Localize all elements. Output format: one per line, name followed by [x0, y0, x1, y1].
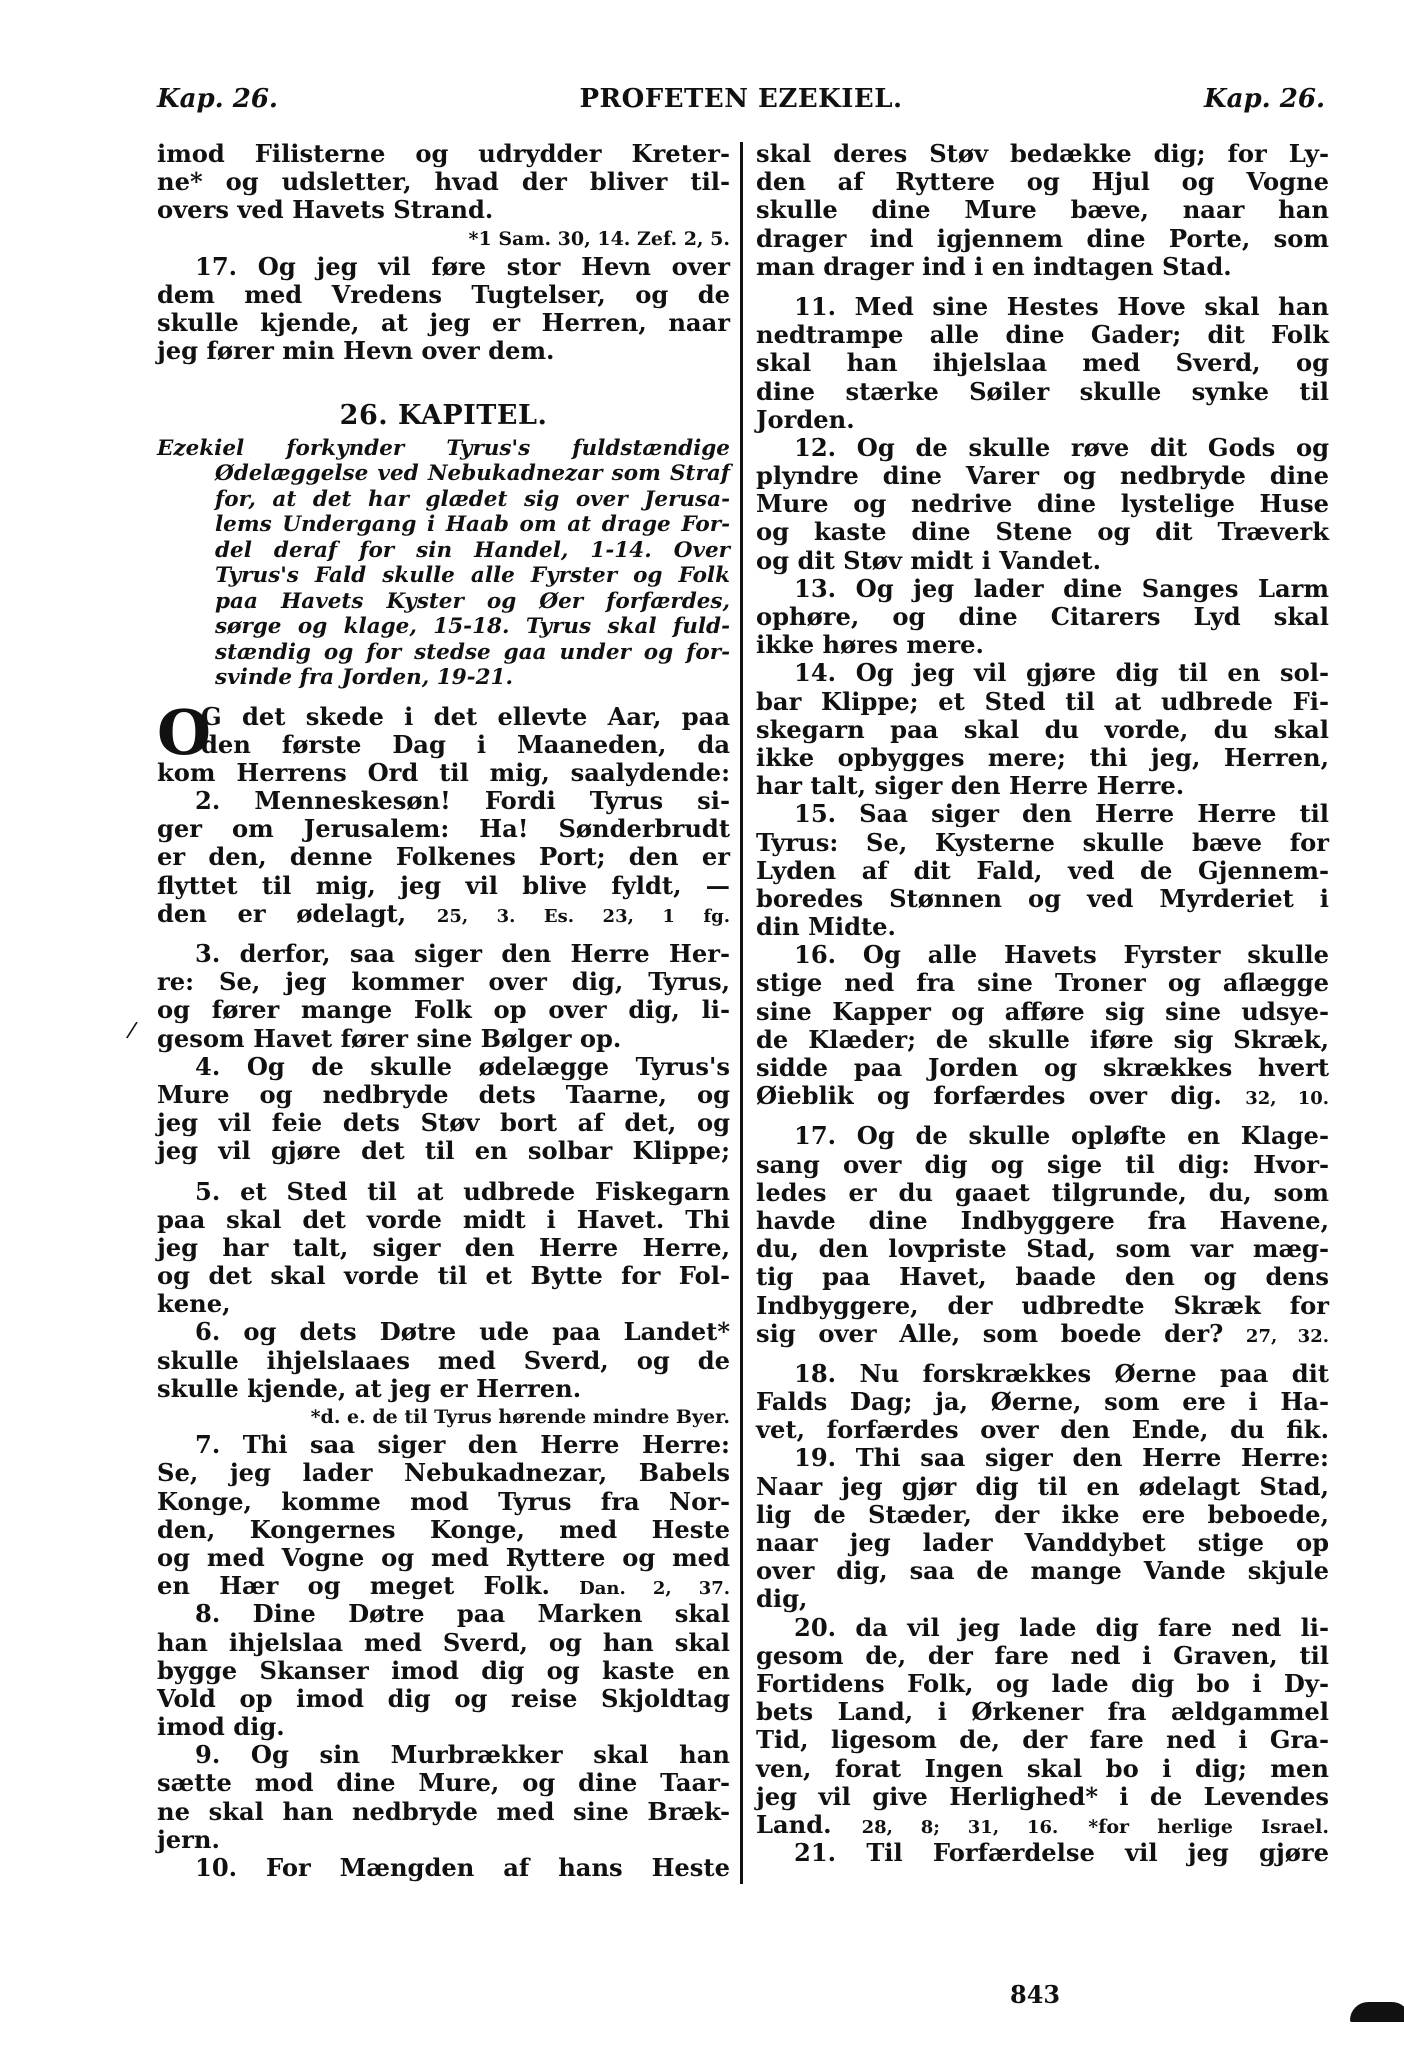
text-line: 6. og dets Døtre ude paa Landet* [157, 1318, 730, 1346]
verse-12: 12. Og de skulle røve dit Gods og plyndr… [756, 434, 1329, 575]
text-line: 12. Og de skulle røve dit Gods og [756, 434, 1329, 462]
text-line: 20. da vil jeg lade dig fare ned li- [756, 1614, 1329, 1642]
verse-21: 21. Til Forfærdelse vil jeg gjøre [756, 1839, 1329, 1867]
cross-reference: 25, 3. Es. 23, 1 fg. [437, 906, 730, 927]
text-line: ledes er du gaaet tilgrunde, du, som [756, 1179, 1329, 1207]
left-column: imod Filisterne og udrydder Kreter- ne* … [157, 140, 730, 1882]
verse-6: 6. og dets Døtre ude paa Landet* skulle … [157, 1318, 730, 1431]
text-line: Jorden. [756, 406, 1329, 434]
text-line: jeg vil give Herlighed* i de Levendes [756, 1783, 1329, 1811]
summary-line: for, at det har glædet sig over Jerusa- [157, 487, 730, 513]
text-line: jeg fører min Hevn over dem. [157, 337, 730, 365]
verse-15: 15. Saa siger den Herre Herre til Tyrus:… [756, 800, 1329, 941]
verse-5: 5. et Sted til at udbrede Fiskegarn paa … [157, 1178, 730, 1319]
text-line: Konge, komme mod Tyrus fra Nor- [157, 1488, 730, 1516]
text-line: din Midte. [756, 913, 1329, 941]
verse-13: 13. Og jeg lader dine Sanges Larm ophøre… [756, 575, 1329, 660]
text-line: sine Kapper og afføre sig sine udsye- [756, 998, 1329, 1026]
text-line: 18. Nu forskrækkes Øerne paa dit [756, 1360, 1329, 1388]
text-fragment: den er ødelagt, [157, 899, 406, 928]
text-line: Mure og nedbryde dets Taarne, og [157, 1081, 730, 1109]
text-line: man drager ind i en indtagen Stad. [756, 253, 1329, 281]
text-line: lig de Stæder, der ikke ere beboede, [756, 1501, 1329, 1529]
margin-mark: / [125, 1017, 139, 1043]
text-fragment: Øieblik og forfærdes over dig. [756, 1081, 1222, 1110]
text-line: sang over dig og sige til dig: Hvor- [756, 1151, 1329, 1179]
text-line-with-ref: en Hær og meget Folk. Dan. 2, 37. [157, 1572, 730, 1600]
chapter-summary: Ezekiel forkynder Tyrus's fuldstændige Ø… [157, 436, 730, 691]
text-line: og dit Støv midt i Vandet. [756, 547, 1329, 575]
text-line: havde dine Indbyggere fra Havene, [756, 1207, 1329, 1235]
text-line: ikke høres mere. [756, 631, 1329, 659]
right-column: skal deres Støv bedække dig; for Ly- den… [756, 140, 1329, 1867]
text-line: jeg har talt, siger den Herre Herre, [157, 1234, 730, 1262]
text-line: er den, denne Folkenes Port; den er [157, 843, 730, 871]
bible-page: Kap. 26. PROFETEN EZEKIEL. Kap. 26. / im… [0, 0, 1404, 2048]
text-line: 21. Til Forfærdelse vil jeg gjøre [756, 1839, 1329, 1867]
column-divider [740, 142, 743, 1884]
text-line: gesom Havet fører sine Bølger op. [157, 1025, 730, 1053]
text-line: Fortidens Folk, og lade dig bo i Dy- [756, 1670, 1329, 1698]
header-chapter-right: Kap. 26. [1204, 84, 1325, 114]
verse-1: O G det skede i det ellevte Aar, paa den… [157, 703, 730, 788]
text-line-with-ref: sig over Alle, som boede der? 27, 32. [756, 1320, 1329, 1348]
text-line: skulle dine Mure bæve, naar han [756, 196, 1329, 224]
text-line: ophøre, og dine Citarers Lyd skal [756, 603, 1329, 631]
text-line: overs ved Havets Strand. [157, 196, 730, 224]
text-line: 4. Og de skulle ødelægge Tyrus's [157, 1053, 730, 1081]
text-line: bets Land, i Ørkener fra ældgammel [756, 1698, 1329, 1726]
text-line: flyttet til mig, jeg vil blive fyldt, — [157, 872, 730, 900]
text-line: boredes Stønnen og ved Myrderiet i [756, 885, 1329, 913]
text-line: Falds Dag; ja, Øerne, som ere i Ha- [756, 1388, 1329, 1416]
text-line: 10. For Mængden af hans Heste [157, 1854, 730, 1882]
text-line: 11. Med sine Hestes Hove skal han [756, 293, 1329, 321]
text-line: 13. Og jeg lader dine Sanges Larm [756, 575, 1329, 603]
running-header: Kap. 26. PROFETEN EZEKIEL. Kap. 26. [157, 84, 1325, 124]
text-line: 7. Thi saa siger den Herre Herre: [157, 1431, 730, 1459]
text-line: naar jeg lader Vanddybet stige op [756, 1529, 1329, 1557]
text-fragment: sig over Alle, som boede der? [756, 1319, 1223, 1348]
text-line-with-ref: den er ødelagt, 25, 3. Es. 23, 1 fg. [157, 900, 730, 928]
verse-16: 16. Og alle Havets Fyrster skulle stige … [756, 941, 1329, 1110]
text-line: bar Klippe; et Sted til at udbrede Fi- [756, 688, 1329, 716]
text-line-with-ref: Øieblik og forfærdes over dig. 32, 10. [756, 1082, 1329, 1110]
text-line: den af Ryttere og Hjul og Vogne [756, 168, 1329, 196]
text-line: imod Filisterne og udrydder Kreter- [157, 140, 730, 168]
summary-line: Ezekiel forkynder Tyrus's fuldstændige [157, 436, 730, 462]
text-line: tig paa Havet, baade den og dens [756, 1263, 1329, 1291]
text-line: den første Dag i Maaneden, da [157, 731, 730, 759]
text-line: har talt, siger den Herre Herre. [756, 772, 1329, 800]
text-line: Indbyggere, der udbredte Skræk for [756, 1292, 1329, 1320]
text-line: bygge Skanser imod dig og kaste en [157, 1657, 730, 1685]
text-line: 8. Dine Døtre paa Marken skal [157, 1600, 730, 1628]
text-line: 9. Og sin Murbrækker skal han [157, 1741, 730, 1769]
text-line: 3. derfor, saa siger den Herre Her- [157, 940, 730, 968]
scan-artifact [1350, 2002, 1404, 2022]
text-line: vet, forfærdes over den Ende, du fik. [756, 1416, 1329, 1444]
text-line: nedtrampe alle dine Gader; dit Folk [756, 321, 1329, 349]
text-line: Tyrus: Se, Kysterne skulle bæve for [756, 829, 1329, 857]
verse-7: 7. Thi saa siger den Herre Herre: Se, je… [157, 1431, 730, 1600]
verse-10: 10. For Mængden af hans Heste [157, 1854, 730, 1882]
text-line: ne* og udsletter, hvad der bliver til- [157, 168, 730, 196]
text-line: og det skal vorde til et Bytte for Fol- [157, 1262, 730, 1290]
text-line: G det skede i det ellevte Aar, paa [157, 703, 730, 731]
verse-19: 19. Thi saa siger den Herre Herre: Naar … [756, 1444, 1329, 1613]
text-line: drager ind igjennem dine Porte, som [756, 225, 1329, 253]
verse-2: 2. Menneskesøn! Fordi Tyrus si- ger om J… [157, 787, 730, 928]
verse-20: 20. da vil jeg lade dig fare ned li- ges… [756, 1614, 1329, 1840]
cross-reference: 27, 32. [1246, 1326, 1329, 1347]
verse-9: 9. Og sin Murbrækker skal han sætte mod … [157, 1741, 730, 1854]
text-line: 5. et Sted til at udbrede Fiskegarn [157, 1178, 730, 1206]
text-line: dine stærke Søiler skulle synke til [756, 378, 1329, 406]
text-fragment: Land. [756, 1810, 832, 1839]
text-line: jeg vil gjøre det til en solbar Klippe; [157, 1137, 730, 1165]
verse-3: 3. derfor, saa siger den Herre Her- re: … [157, 940, 730, 1053]
chapter-title: 26. KAPITEL. [157, 396, 730, 436]
summary-line: Ødelæggelse ved Nebukadnezar som Straf [157, 461, 730, 487]
text-line: 16. Og alle Havets Fyrster skulle [756, 941, 1329, 969]
footnote: *for herlige Israel. [1088, 1816, 1329, 1838]
verse-4: 4. Og de skulle ødelægge Tyrus's Mure og… [157, 1053, 730, 1166]
text-line: han ihjelslaa med Sverd, og han skal [157, 1629, 730, 1657]
text-line: paa skal det vorde midt i Havet. Thi [157, 1206, 730, 1234]
summary-line: paa Havets Kyster og Øer forfærdes, [157, 589, 730, 615]
text-line: ikke opbygges mere; thi jeg, Herren, [756, 744, 1329, 772]
text-line: over dig, saa de mange Vande skjule [756, 1557, 1329, 1585]
text-line: re: Se, jeg kommer over dig, Tyrus, [157, 968, 730, 996]
summary-line: del deraf for sin Handel, 1-14. Over [157, 538, 730, 564]
text-line: skulle kjende, at jeg er Herren, naar [157, 309, 730, 337]
verse-11: 11. Med sine Hestes Hove skal han nedtra… [756, 293, 1329, 434]
text-line: de Klæder; de skulle iføre sig Skræk, [756, 1026, 1329, 1054]
cross-reference: Dan. 2, 37. [579, 1578, 730, 1599]
text-line: ne skal han nedbryde med sine Bræk- [157, 1798, 730, 1826]
text-line: Mure og nedrive dine lystelige Huse [756, 490, 1329, 518]
text-line: jeg vil feie dets Støv bort af det, og [157, 1109, 730, 1137]
summary-line: sørge og klage, 15-18. Tyrus skal fuld- [157, 614, 730, 640]
text-line: 19. Thi saa siger den Herre Herre: [756, 1444, 1329, 1472]
verse-8: 8. Dine Døtre paa Marken skal han ihjels… [157, 1600, 730, 1741]
cross-reference: 28, 8; 31, 16. [862, 1817, 1059, 1838]
footnote: *1 Sam. 30, 14. Zef. 2, 5. [157, 225, 730, 253]
text-line: imod dig. [157, 1713, 730, 1741]
text-line: skegarn paa skal du vorde, du skal [756, 716, 1329, 744]
text-line: og med Vogne og med Ryttere og med [157, 1544, 730, 1572]
text-line: 14. Og jeg vil gjøre dig til en sol- [756, 659, 1329, 687]
text-line: sætte mod dine Mure, og dine Taar- [157, 1769, 730, 1797]
text-line: og fører mange Folk op over dig, li- [157, 996, 730, 1024]
page-number: 843 [1010, 1980, 1060, 2009]
text-line: skal han ihjelslaa med Sverd, og [756, 349, 1329, 377]
text-line: sidde paa Jorden og skrækkes hvert [756, 1054, 1329, 1082]
text-line: 2. Menneskesøn! Fordi Tyrus si- [157, 787, 730, 815]
text-line: Vold op imod dig og reise Skjoldtag [157, 1685, 730, 1713]
cross-reference: 32, 10. [1245, 1088, 1329, 1109]
verse-17: 17. Og jeg vil føre stor Hevn over dem m… [157, 253, 730, 366]
text-line: kene, [157, 1290, 730, 1318]
text-line: den, Kongernes Konge, med Heste [157, 1516, 730, 1544]
text-line: ger om Jerusalem: Ha! Sønderbrudt [157, 815, 730, 843]
verse-10-continuation: skal deres Støv bedække dig; for Ly- den… [756, 140, 1329, 281]
text-line: dem med Vredens Tugtelser, og de [157, 281, 730, 309]
text-line: 17. Og jeg vil føre stor Hevn over [157, 253, 730, 281]
text-line: ven, forat Ingen skal bo i dig; men [756, 1755, 1329, 1783]
text-line-with-ref: Land. 28, 8; 31, 16. *for herlige Israel… [756, 1811, 1329, 1839]
text-line: plyndre dine Varer og nedbryde dine [756, 462, 1329, 490]
verse-17: 17. Og de skulle opløfte en Klage- sang … [756, 1122, 1329, 1348]
text-line: og kaste dine Stene og dit Træverk [756, 518, 1329, 546]
text-fragment: en Hær og meget Folk. [157, 1571, 550, 1600]
text-line: jern. [157, 1826, 730, 1854]
text-line: 17. Og de skulle opløfte en Klage- [756, 1122, 1329, 1150]
text-line: Naar jeg gjør dig til en ødelagt Stad, [756, 1473, 1329, 1501]
text-line: skulle kjende, at jeg er Herren. [157, 1375, 730, 1403]
text-line: 15. Saa siger den Herre Herre til [756, 800, 1329, 828]
text-line: Se, jeg lader Nebukadnezar, Babels [157, 1459, 730, 1487]
text-line: du, den lovpriste Stad, som var mæg- [756, 1235, 1329, 1263]
text-line: gesom de, der fare ned i Graven, til [756, 1642, 1329, 1670]
text-line: stige ned fra sine Troner og aflægge [756, 969, 1329, 997]
summary-line: lems Undergang i Haab om at drage For- [157, 512, 730, 538]
verse-14: 14. Og jeg vil gjøre dig til en sol- bar… [756, 659, 1329, 800]
text-line: skal deres Støv bedække dig; for Ly- [756, 140, 1329, 168]
verse-18: 18. Nu forskrækkes Øerne paa dit Falds D… [756, 1360, 1329, 1445]
summary-line: svinde fra Jorden, 19-21. [157, 665, 730, 691]
text-line: Tid, ligesom de, der fare ned i Gra- [756, 1726, 1329, 1754]
header-book-title: PROFETEN EZEKIEL. [157, 84, 1325, 114]
verse-16-continuation: imod Filisterne og udrydder Kreter- ne* … [157, 140, 730, 253]
text-line: kom Herrens Ord til mig, saalydende: [157, 759, 730, 787]
footnote: *d. e. de til Tyrus hørende mindre Byer. [157, 1403, 730, 1431]
text-line: dig, [756, 1585, 1329, 1613]
text-line: skulle ihjelslaaes med Sverd, og de [157, 1347, 730, 1375]
summary-line: Tyrus's Fald skulle alle Fyrster og Folk [157, 563, 730, 589]
drop-cap: O [157, 705, 211, 761]
text-line: Lyden af dit Fald, ved de Gjennem- [756, 857, 1329, 885]
summary-line: stændig og for stedse gaa under og for- [157, 640, 730, 666]
